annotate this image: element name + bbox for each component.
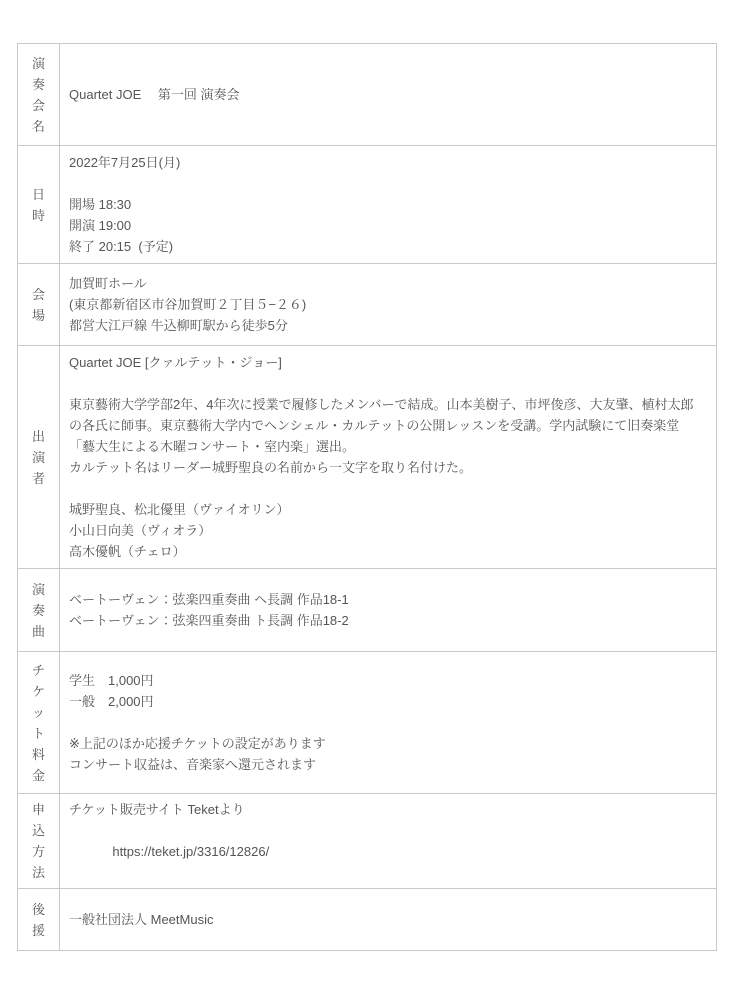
- row-header-application: 申込方法: [18, 794, 60, 889]
- table-row-concert-name: 演奏会名 Quartet JOE 第一回 演奏会: [18, 44, 717, 146]
- row-header-label: チケット料金: [32, 660, 45, 786]
- row-header-label: 後援: [32, 899, 45, 941]
- table-row-datetime: 日時 2022年7月25日(月) 開場 18:30 開演 19:00 終了 20…: [18, 146, 717, 264]
- row-header-datetime: 日時: [18, 146, 60, 264]
- program-text: ベートーヴェン：弦楽四重奏曲 ヘ長調 作品18-1 ベートーヴェン：弦楽四重奏曲…: [69, 589, 702, 631]
- concert-info-table: 演奏会名 Quartet JOE 第一回 演奏会 日時 2022年7月25日(月…: [17, 43, 717, 951]
- row-header-venue: 会場: [18, 264, 60, 346]
- concert-name-text: Quartet JOE 第一回 演奏会: [69, 84, 702, 105]
- row-header-label: 出演者: [32, 426, 45, 489]
- row-header-ticket-price: チケット料金: [18, 652, 60, 794]
- row-header-concert-name: 演奏会名: [18, 44, 60, 146]
- row-content-ticket-price: 学生 1,000円 一般 2,000円 ※上記のほか応援チケットの設定があります…: [60, 652, 717, 794]
- performers-text: Quartet JOE [クァルテット・ジョー] 東京藝術大学学部2年、4年次に…: [69, 352, 702, 562]
- table-row-ticket-price: チケット料金 学生 1,000円 一般 2,000円 ※上記のほか応援チケットの…: [18, 652, 717, 794]
- ticket-url-link[interactable]: https://teket.jp/3316/12826/: [112, 844, 269, 859]
- row-content-program: ベートーヴェン：弦楽四重奏曲 ヘ長調 作品18-1 ベートーヴェン：弦楽四重奏曲…: [60, 569, 717, 652]
- venue-text: 加賀町ホール (東京都新宿区市谷加賀町２丁目５−２６) 都営大江戸線 牛込柳町駅…: [69, 273, 702, 336]
- row-header-support: 後援: [18, 889, 60, 951]
- support-text: 一般社団法人 MeetMusic: [69, 909, 702, 930]
- row-content-datetime: 2022年7月25日(月) 開場 18:30 開演 19:00 終了 20:15…: [60, 146, 717, 264]
- datetime-text: 2022年7月25日(月) 開場 18:30 開演 19:00 終了 20:15…: [69, 152, 702, 257]
- row-content-concert-name: Quartet JOE 第一回 演奏会: [60, 44, 717, 146]
- row-header-label: 申込方法: [32, 799, 45, 883]
- row-header-label: 演奏曲: [32, 579, 45, 642]
- row-header-program: 演奏曲: [18, 569, 60, 652]
- row-header-performers: 出演者: [18, 346, 60, 569]
- row-content-performers: Quartet JOE [クァルテット・ジョー] 東京藝術大学学部2年、4年次に…: [60, 346, 717, 569]
- row-content-application: チケット販売サイト Teketより https://teket.jp/3316/…: [60, 794, 717, 889]
- table-row-performers: 出演者 Quartet JOE [クァルテット・ジョー] 東京藝術大学学部2年、…: [18, 346, 717, 569]
- row-header-label: 会場: [32, 284, 45, 326]
- row-header-label: 演奏会名: [32, 53, 45, 137]
- ticket-site-text: チケット販売サイト Teketより: [69, 799, 702, 820]
- ticket-price-text: 学生 1,000円 一般 2,000円 ※上記のほか応援チケットの設定があります…: [69, 670, 702, 775]
- table-row-application: 申込方法 チケット販売サイト Teketより https://teket.jp/…: [18, 794, 717, 889]
- table-row-venue: 会場 加賀町ホール (東京都新宿区市谷加賀町２丁目５−２６) 都営大江戸線 牛込…: [18, 264, 717, 346]
- row-content-venue: 加賀町ホール (東京都新宿区市谷加賀町２丁目５−２６) 都営大江戸線 牛込柳町駅…: [60, 264, 717, 346]
- row-header-label: 日時: [32, 184, 45, 226]
- page-body: 演奏会名 Quartet JOE 第一回 演奏会 日時 2022年7月25日(月…: [0, 0, 740, 951]
- table-row-support: 後援 一般社団法人 MeetMusic: [18, 889, 717, 951]
- row-content-support: 一般社団法人 MeetMusic: [60, 889, 717, 951]
- table-row-program: 演奏曲 ベートーヴェン：弦楽四重奏曲 ヘ長調 作品18-1 ベートーヴェン：弦楽…: [18, 569, 717, 652]
